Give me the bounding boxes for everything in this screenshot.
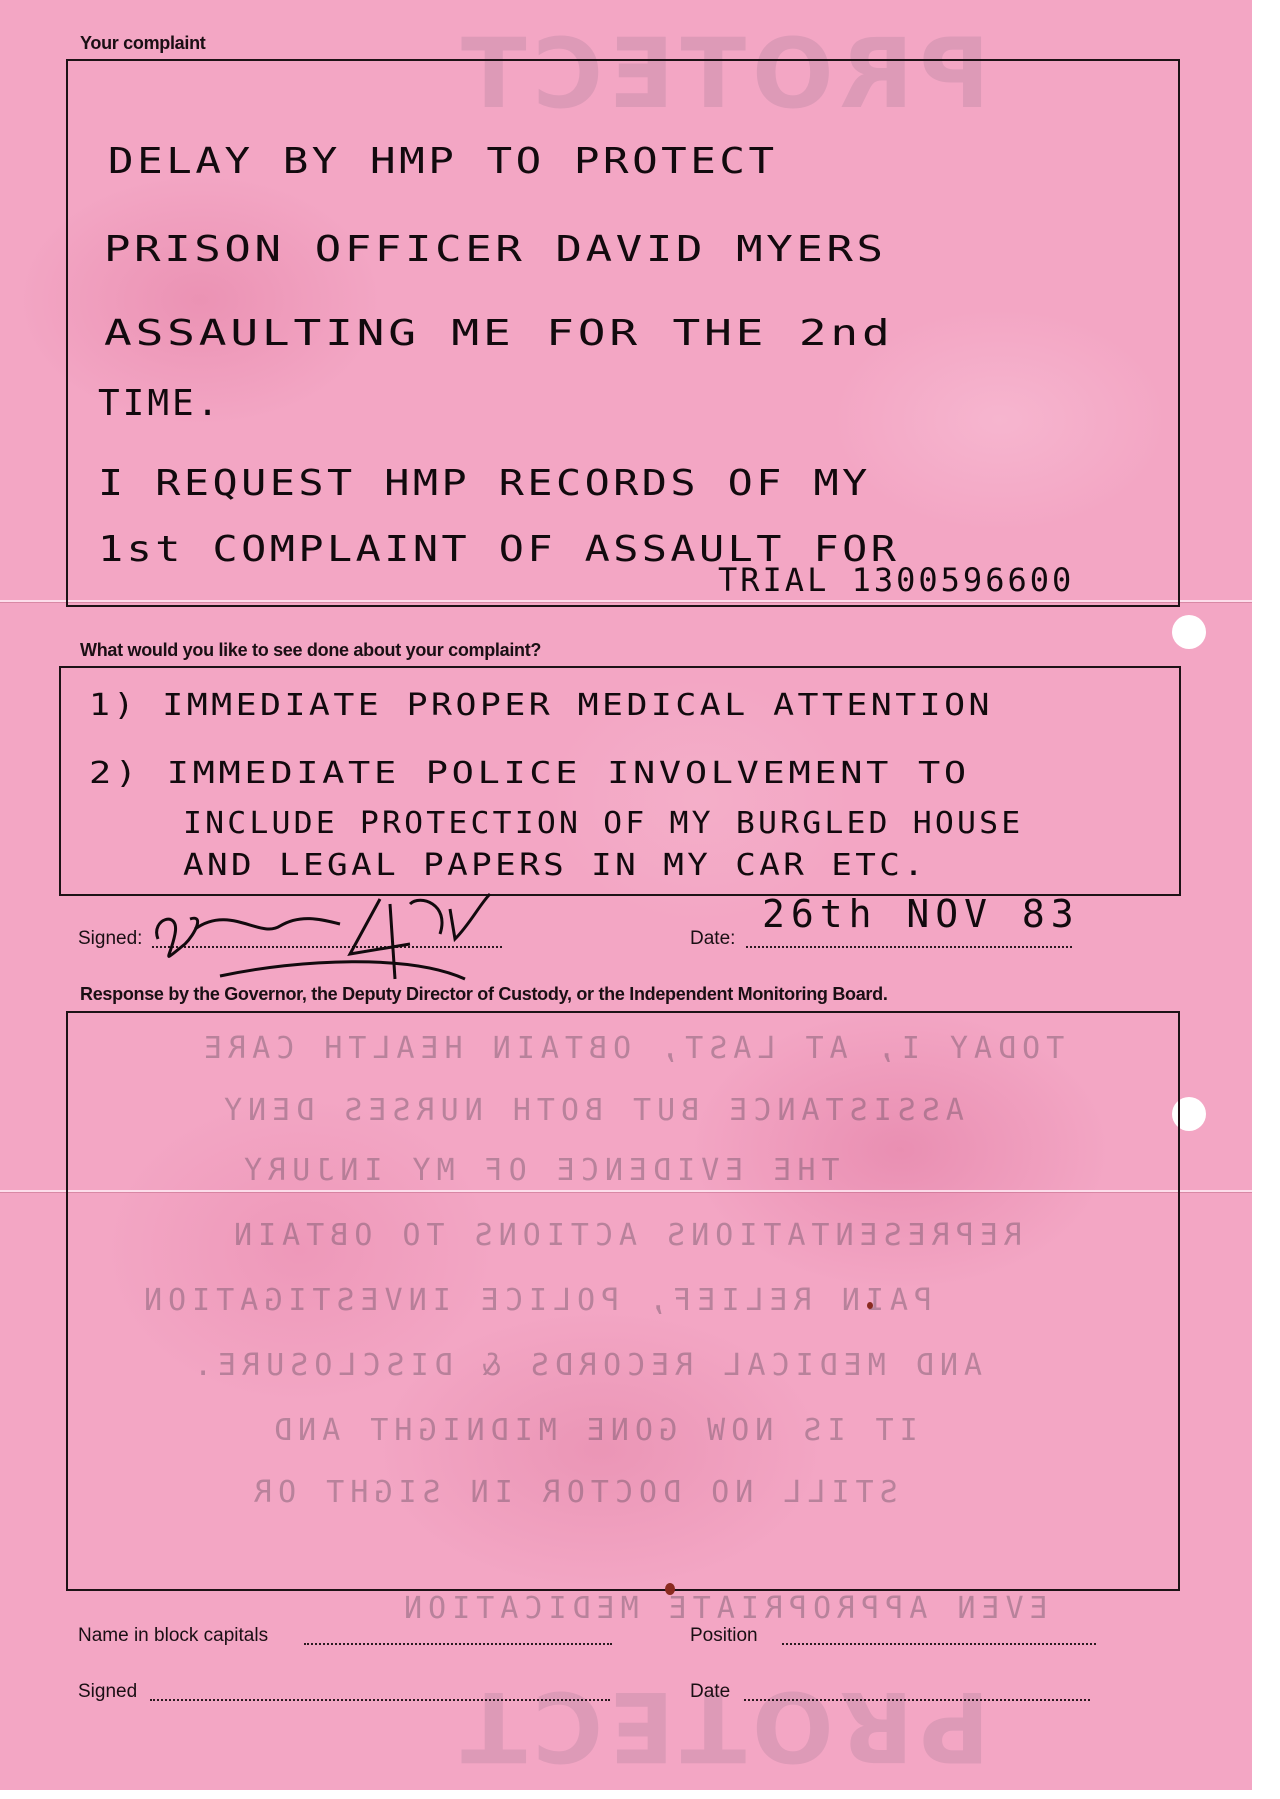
punch-hole: [1172, 615, 1206, 649]
complaint-trial-number: TRIAL 1300596600: [718, 561, 1074, 599]
complaint-heading: Your complaint: [80, 33, 205, 54]
position-label: Position: [690, 1625, 758, 1647]
showthrough-line: STILL NO DOCTOR IN SIGHT OR: [248, 1475, 898, 1510]
position-field[interactable]: [782, 1643, 1096, 1645]
showthrough-line: TODAY I, AT LAST, OBTAIN HEALTH CARE: [198, 1031, 1064, 1066]
complainant-signature: [150, 884, 530, 997]
governor-signed-field[interactable]: [150, 1699, 610, 1701]
showthrough-line: IT IS NOW GONE MIDNIGHT AND: [268, 1413, 918, 1448]
outcome-box[interactable]: 1) IMMEDIATE PROPER MEDICAL ATTENTION 2)…: [59, 666, 1181, 896]
outcome-line: AND LEGAL PAPERS IN MY CAR ETC.: [183, 848, 927, 883]
name-block-capitals-field[interactable]: [304, 1643, 612, 1645]
outcome-line: 1) IMMEDIATE PROPER MEDICAL ATTENTION: [89, 688, 993, 723]
showthrough-line: EVEN APPROPRIATE MEDICATION: [398, 1591, 1048, 1626]
date-field[interactable]: [746, 946, 1072, 948]
stain-mark: [665, 1583, 675, 1595]
complaint-form-page: PROTECT PROTECT Your complaint DELAY BY …: [0, 0, 1252, 1790]
governor-date-field[interactable]: [744, 1699, 1090, 1701]
governor-date-label: Date: [690, 1681, 730, 1703]
signed-label: Signed:: [78, 928, 142, 950]
showthrough-line: ASSISTANCE BUT BOTH NURSES DENY: [218, 1093, 964, 1128]
response-heading: Response by the Governor, the Deputy Dir…: [80, 984, 888, 1005]
governor-signed-label: Signed: [78, 1681, 137, 1703]
showthrough-line: PAIN RELIEF, POLICE INVESTIGATION: [138, 1283, 932, 1318]
showthrough-line: AND MEDICAL RECORDS & DISCLOSURE.: [188, 1348, 982, 1383]
complaint-date: 26th NOV 83: [762, 892, 1080, 936]
complaint-line: ASSAULTING ME FOR THE 2nd: [104, 313, 894, 354]
outcome-heading: What would you like to see done about yo…: [80, 640, 541, 661]
outcome-line: 2) IMMEDIATE POLICE INVOLVEMENT TO: [89, 756, 970, 791]
complaint-box[interactable]: DELAY BY HMP TO PROTECT PRISON OFFICER D…: [66, 59, 1180, 607]
complaint-line: TIME.: [98, 383, 221, 424]
complaint-line: I REQUEST HMP RECORDS OF MY: [98, 463, 871, 504]
showthrough-line: THE EVIDENCE OF MY INJURY: [238, 1153, 840, 1188]
complaint-line: DELAY BY HMP TO PROTECT: [108, 141, 778, 182]
showthrough-line: REPRESENTATIONS ACTIONS TO OBTAIN: [228, 1218, 1022, 1253]
name-block-capitals-label: Name in block capitals: [78, 1625, 268, 1647]
outcome-line: INCLUDE PROTECTION OF MY BURGLED HOUSE: [183, 806, 1023, 841]
complaint-line: PRISON OFFICER DAVID MYERS: [104, 229, 887, 270]
response-box[interactable]: TODAY I, AT LAST, OBTAIN HEALTH CARE ASS…: [66, 1011, 1180, 1591]
signature-scribble: [150, 884, 530, 984]
date-label: Date:: [690, 928, 735, 950]
stain-mark: [867, 1302, 873, 1309]
